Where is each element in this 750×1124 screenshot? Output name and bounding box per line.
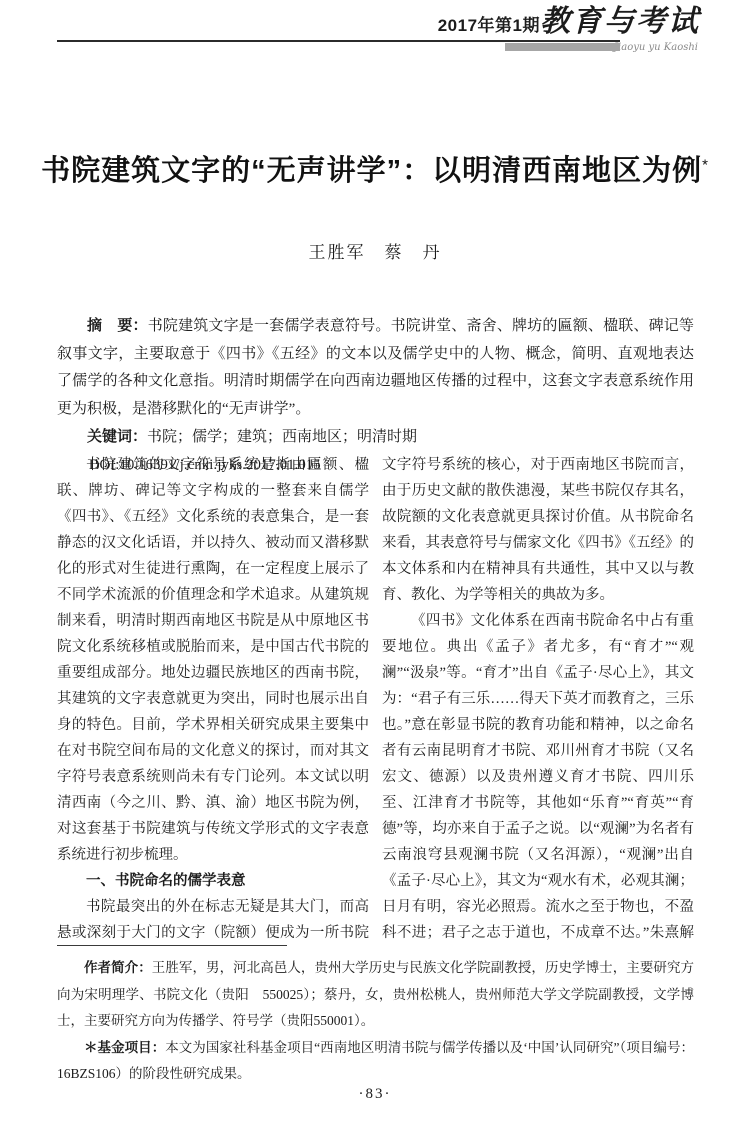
- author-bio-text: 王胜军，男，河北高邑人，贵州大学历史与民族文化学院副教授，历史学博士，主要研究方…: [57, 960, 694, 1028]
- footnote-separator: [57, 945, 287, 946]
- funding-footnote: ＊基金项目：本文为国家社科基金项目“西南地区明清书院与儒学传播以及‘中国’认同研…: [57, 1035, 694, 1088]
- title-footnote-mark: *: [702, 156, 709, 173]
- journal-name-pinyin: Jiaoyu yu Kaoshi: [614, 42, 698, 53]
- keywords-text: 书院；儒学；建筑；西南地区；明清时期: [147, 429, 417, 445]
- author-bio-label: 作者简介：: [84, 960, 152, 975]
- body-paragraph: 书院建筑的文字符号系统是指由匾额、楹联、牌坊、碑记等文字构成的一整套来自儒学《四…: [57, 452, 369, 868]
- article-body: 书院建筑的文字符号系统是指由匾额、楹联、牌坊、碑记等文字构成的一整套来自儒学《四…: [57, 452, 694, 948]
- masthead-rule: [57, 40, 620, 42]
- funding-label: ＊基金项目：: [84, 1040, 165, 1055]
- keywords-label: 关键词：: [87, 428, 147, 445]
- page-number: ·83·: [0, 1086, 750, 1103]
- keywords-line: 关键词：书院；儒学；建筑；西南地区；明清时期: [57, 423, 694, 452]
- journal-name: 教育与考试: [540, 4, 700, 39]
- left-column: 书院建筑的文字符号系统是指由匾额、楹联、牌坊、碑记等文字构成的一整套来自儒学《四…: [57, 452, 369, 948]
- body-paragraph: 文字符号系统的核心，对于西南地区书院而言，由于历史文献的散佚漶漫，某些书院仅存其…: [382, 452, 694, 608]
- author-bio-footnote: 作者简介：王胜军，男，河北高邑人，贵州大学历史与民族文化学院副教授，历史学博士，…: [57, 955, 694, 1035]
- footnotes: 作者简介：王胜军，男，河北高邑人，贵州大学历史与民族文化学院副教授，历史学博士，…: [57, 945, 694, 1088]
- authors: 王胜军 蔡 丹: [0, 238, 750, 263]
- journal-masthead: 2017年第1期教育与考试: [438, 4, 700, 45]
- issue-info: 2017年第1期: [438, 16, 540, 35]
- body-paragraph: 书院最突出的外在标志无疑是其大门，而高悬或深刻于大门的文字（院额）便成为一所书院…: [57, 894, 369, 948]
- masthead-gray-bar: [505, 43, 620, 51]
- article-title-text: 书院建筑文字的“无声讲学”：以明清西南地区为例: [41, 155, 702, 187]
- abstract-text: 书院建筑文字是一套儒学表意符号。书院讲堂、斋舍、牌坊的匾额、楹联、碑记等叙事文字…: [57, 318, 694, 417]
- abstract-label: 摘 要：: [87, 317, 148, 334]
- abstract-paragraph: 摘 要：书院建筑文字是一套儒学表意符号。书院讲堂、斋舍、牌坊的匾额、楹联、碑记等…: [57, 312, 694, 423]
- section-heading: 一、书院命名的儒学表意: [57, 868, 369, 894]
- journal-page: 2017年第1期教育与考试 Jiaoyu yu Kaoshi 书院建筑文字的“无…: [0, 0, 750, 1124]
- body-paragraph: 《四书》文化体系在西南书院命名中占有重要地位。典出《孟子》者尤多，有“育才”“观…: [382, 608, 694, 948]
- right-column: 文字符号系统的核心，对于西南地区书院而言，由于历史文献的散佚漶漫，某些书院仅存其…: [382, 452, 694, 948]
- article-title: 书院建筑文字的“无声讲学”：以明清西南地区为例*: [30, 148, 720, 189]
